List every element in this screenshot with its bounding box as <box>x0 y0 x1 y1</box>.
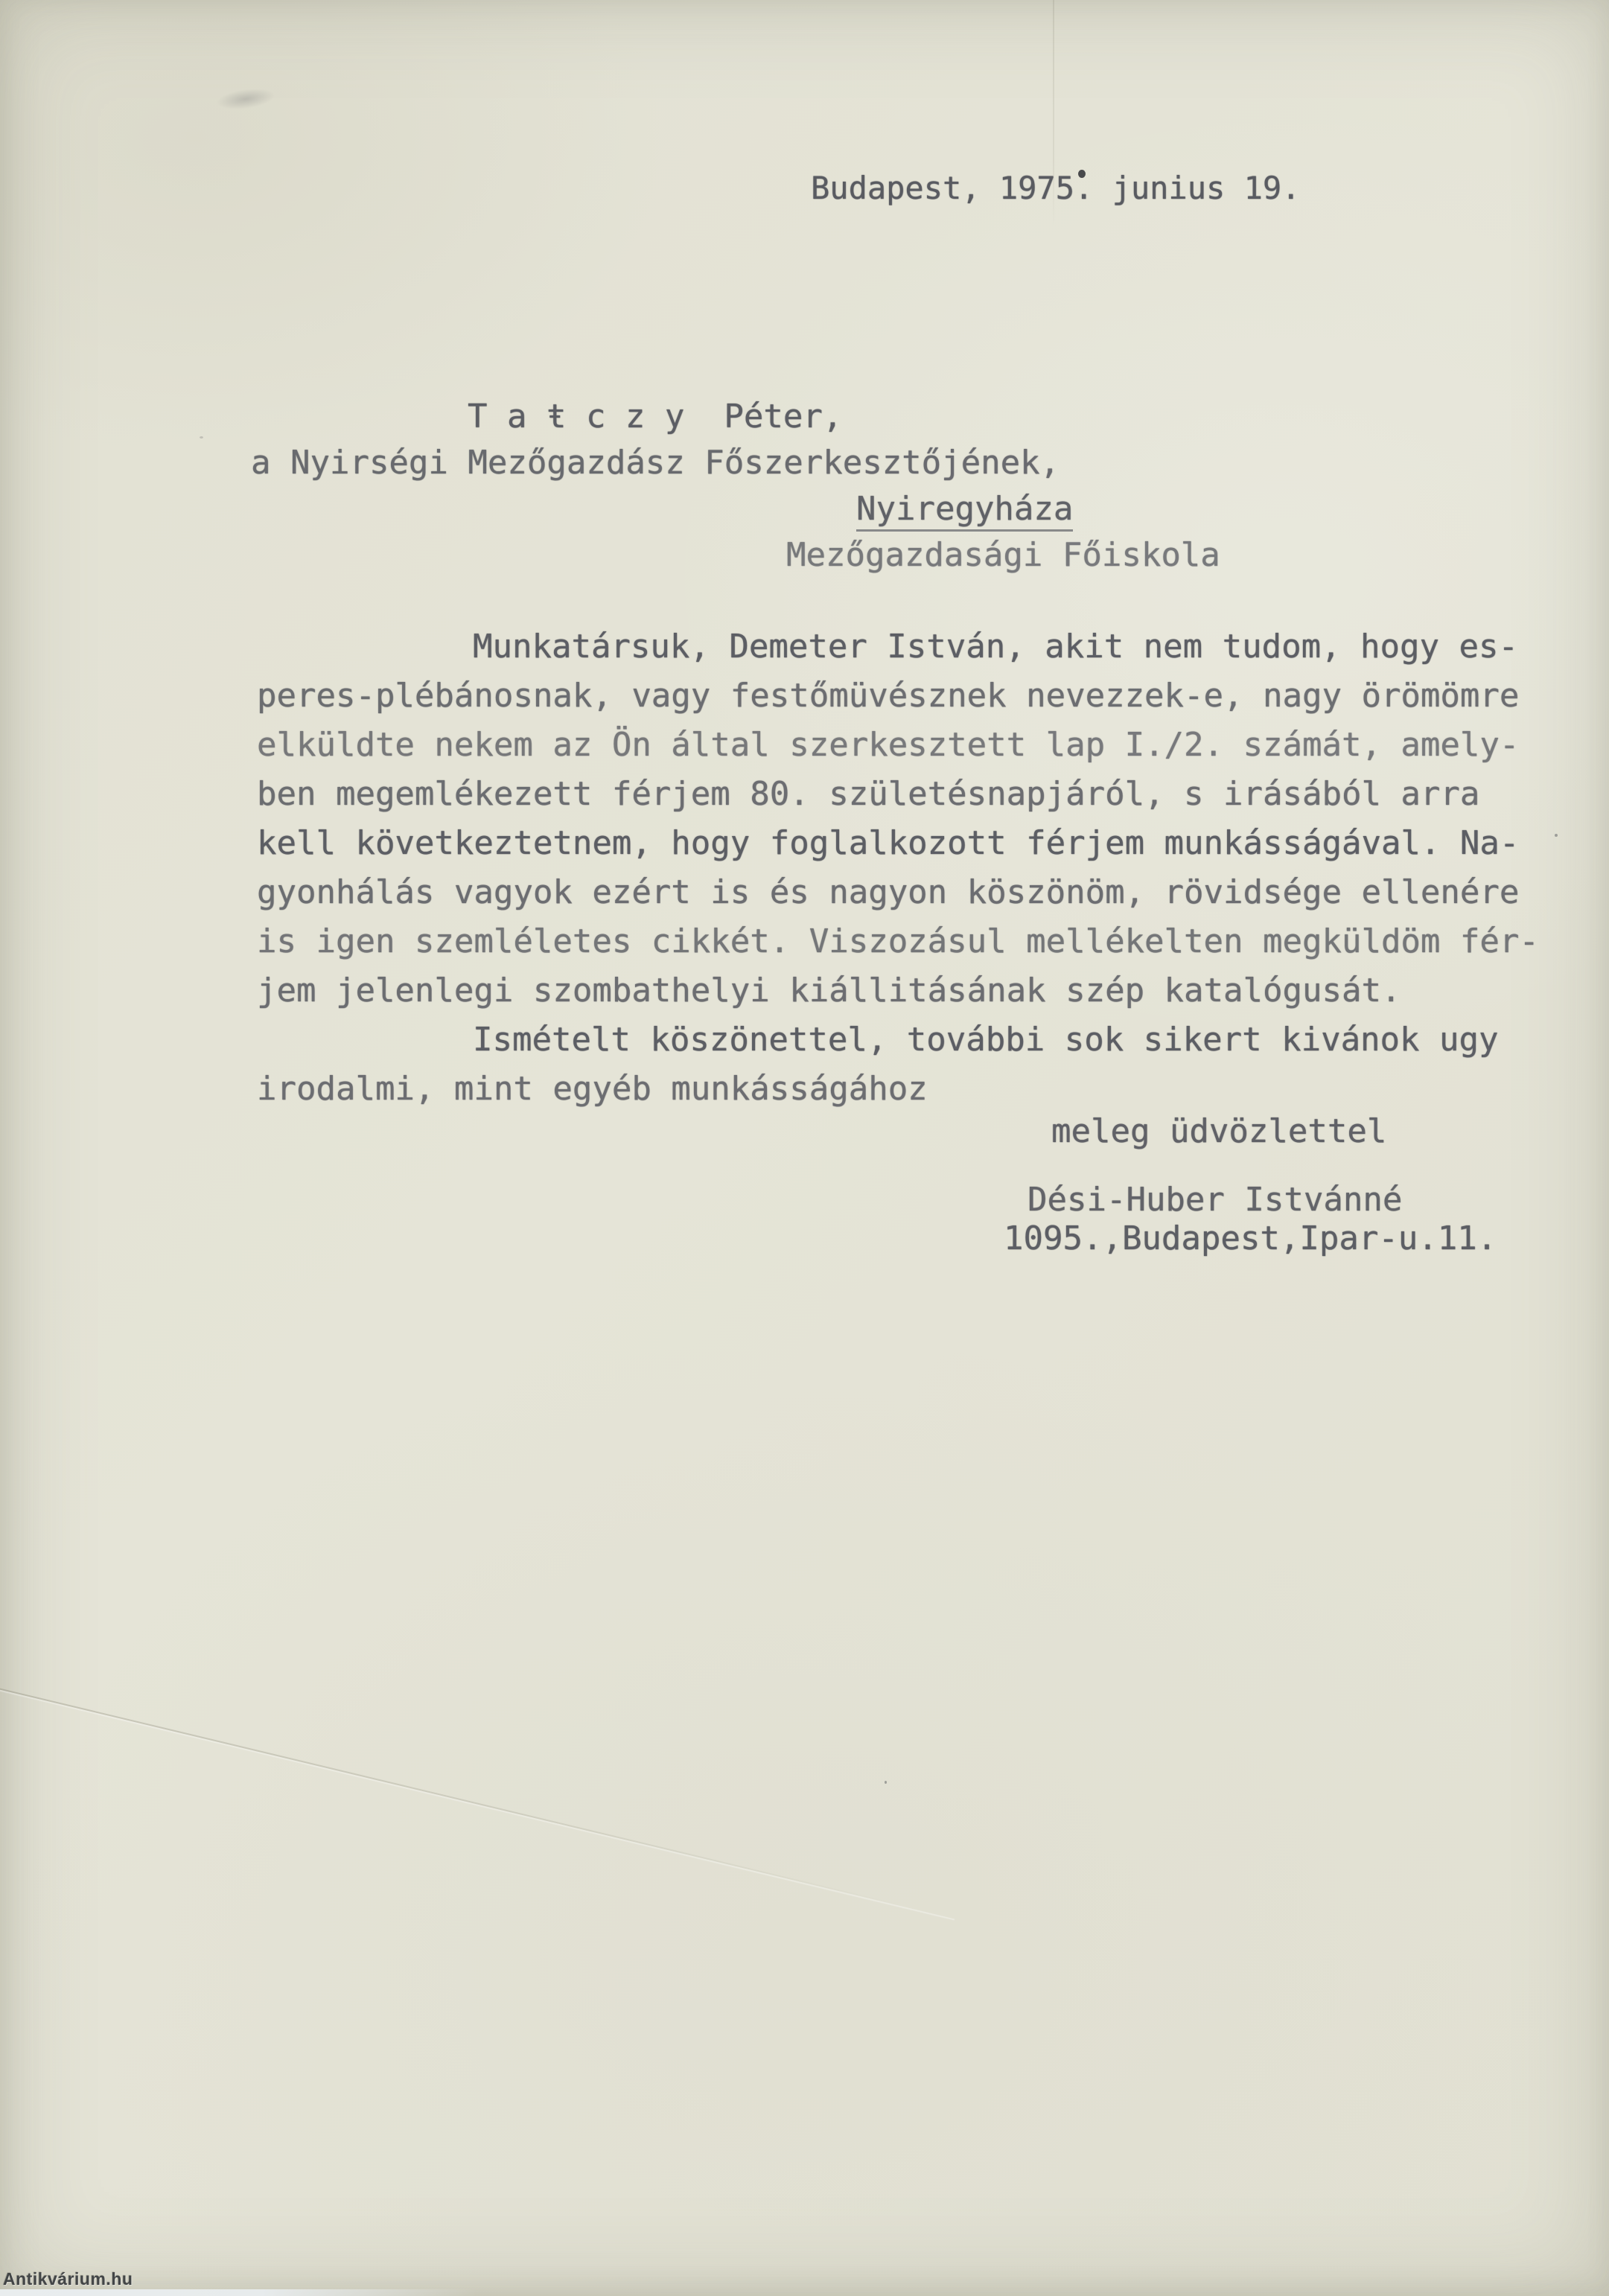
date-line: Budapest, 1975. junius 19. <box>811 173 1300 204</box>
scan-edge-strip <box>0 2289 477 2296</box>
body-line: jem jelenlegi szombathelyi kiállitásának… <box>257 966 1538 1015</box>
body-line: ben megemlékezett férjem 80. születésnap… <box>257 770 1538 819</box>
body-line: Munkatársuk, Demeter István, akit nem tu… <box>257 622 1538 672</box>
scanned-letter-page: Budapest, 1975. junius 19. T a ŧ c z y P… <box>0 0 1609 2296</box>
signature-address: 1095.,Budapest,Ipar-u.11. <box>1004 1222 1497 1255</box>
recipient-title: a Nyirségi Mezőgazdász Főszerkesztőjének… <box>251 447 1060 479</box>
letter-body: Munkatársuk, Demeter István, akit nem tu… <box>257 622 1538 1114</box>
diagonal-fold-crease <box>0 1681 955 1919</box>
closing-salutation: meleg üdvözlettel <box>1051 1115 1386 1148</box>
body-line: is igen szemléletes cikkét. Viszozásul m… <box>257 917 1538 966</box>
body-line: elküldte nekem az Ön által szerkesztett … <box>257 721 1538 770</box>
recipient-city-underlined: Nyiregyháza <box>856 493 1073 532</box>
paper-speck <box>885 1781 887 1784</box>
paper-speck <box>200 436 203 439</box>
body-line: peres-plébánosnak, vagy festőmüvésznek n… <box>257 672 1538 721</box>
signature-name: Dési-Huber Istvánné <box>1027 1184 1402 1216</box>
paper-speck <box>1555 834 1558 837</box>
body-line: gyonhálás vagyok ezért is és nagyon kösz… <box>257 868 1538 917</box>
body-line: kell következtetnem, hogy foglalkozott f… <box>257 819 1538 868</box>
recipient-institution: Mezőgazdasági Főiskola <box>786 539 1220 572</box>
body-line: Ismételt köszönettel, további sok sikert… <box>257 1015 1538 1065</box>
recipient-name: T a ŧ c z y Péter, <box>468 401 842 433</box>
antikvarium-watermark: Antikvárium.hu <box>3 2269 133 2289</box>
ink-smudge <box>215 86 277 113</box>
body-line: irodalmi, mint egyéb munkásságához <box>257 1065 1538 1114</box>
